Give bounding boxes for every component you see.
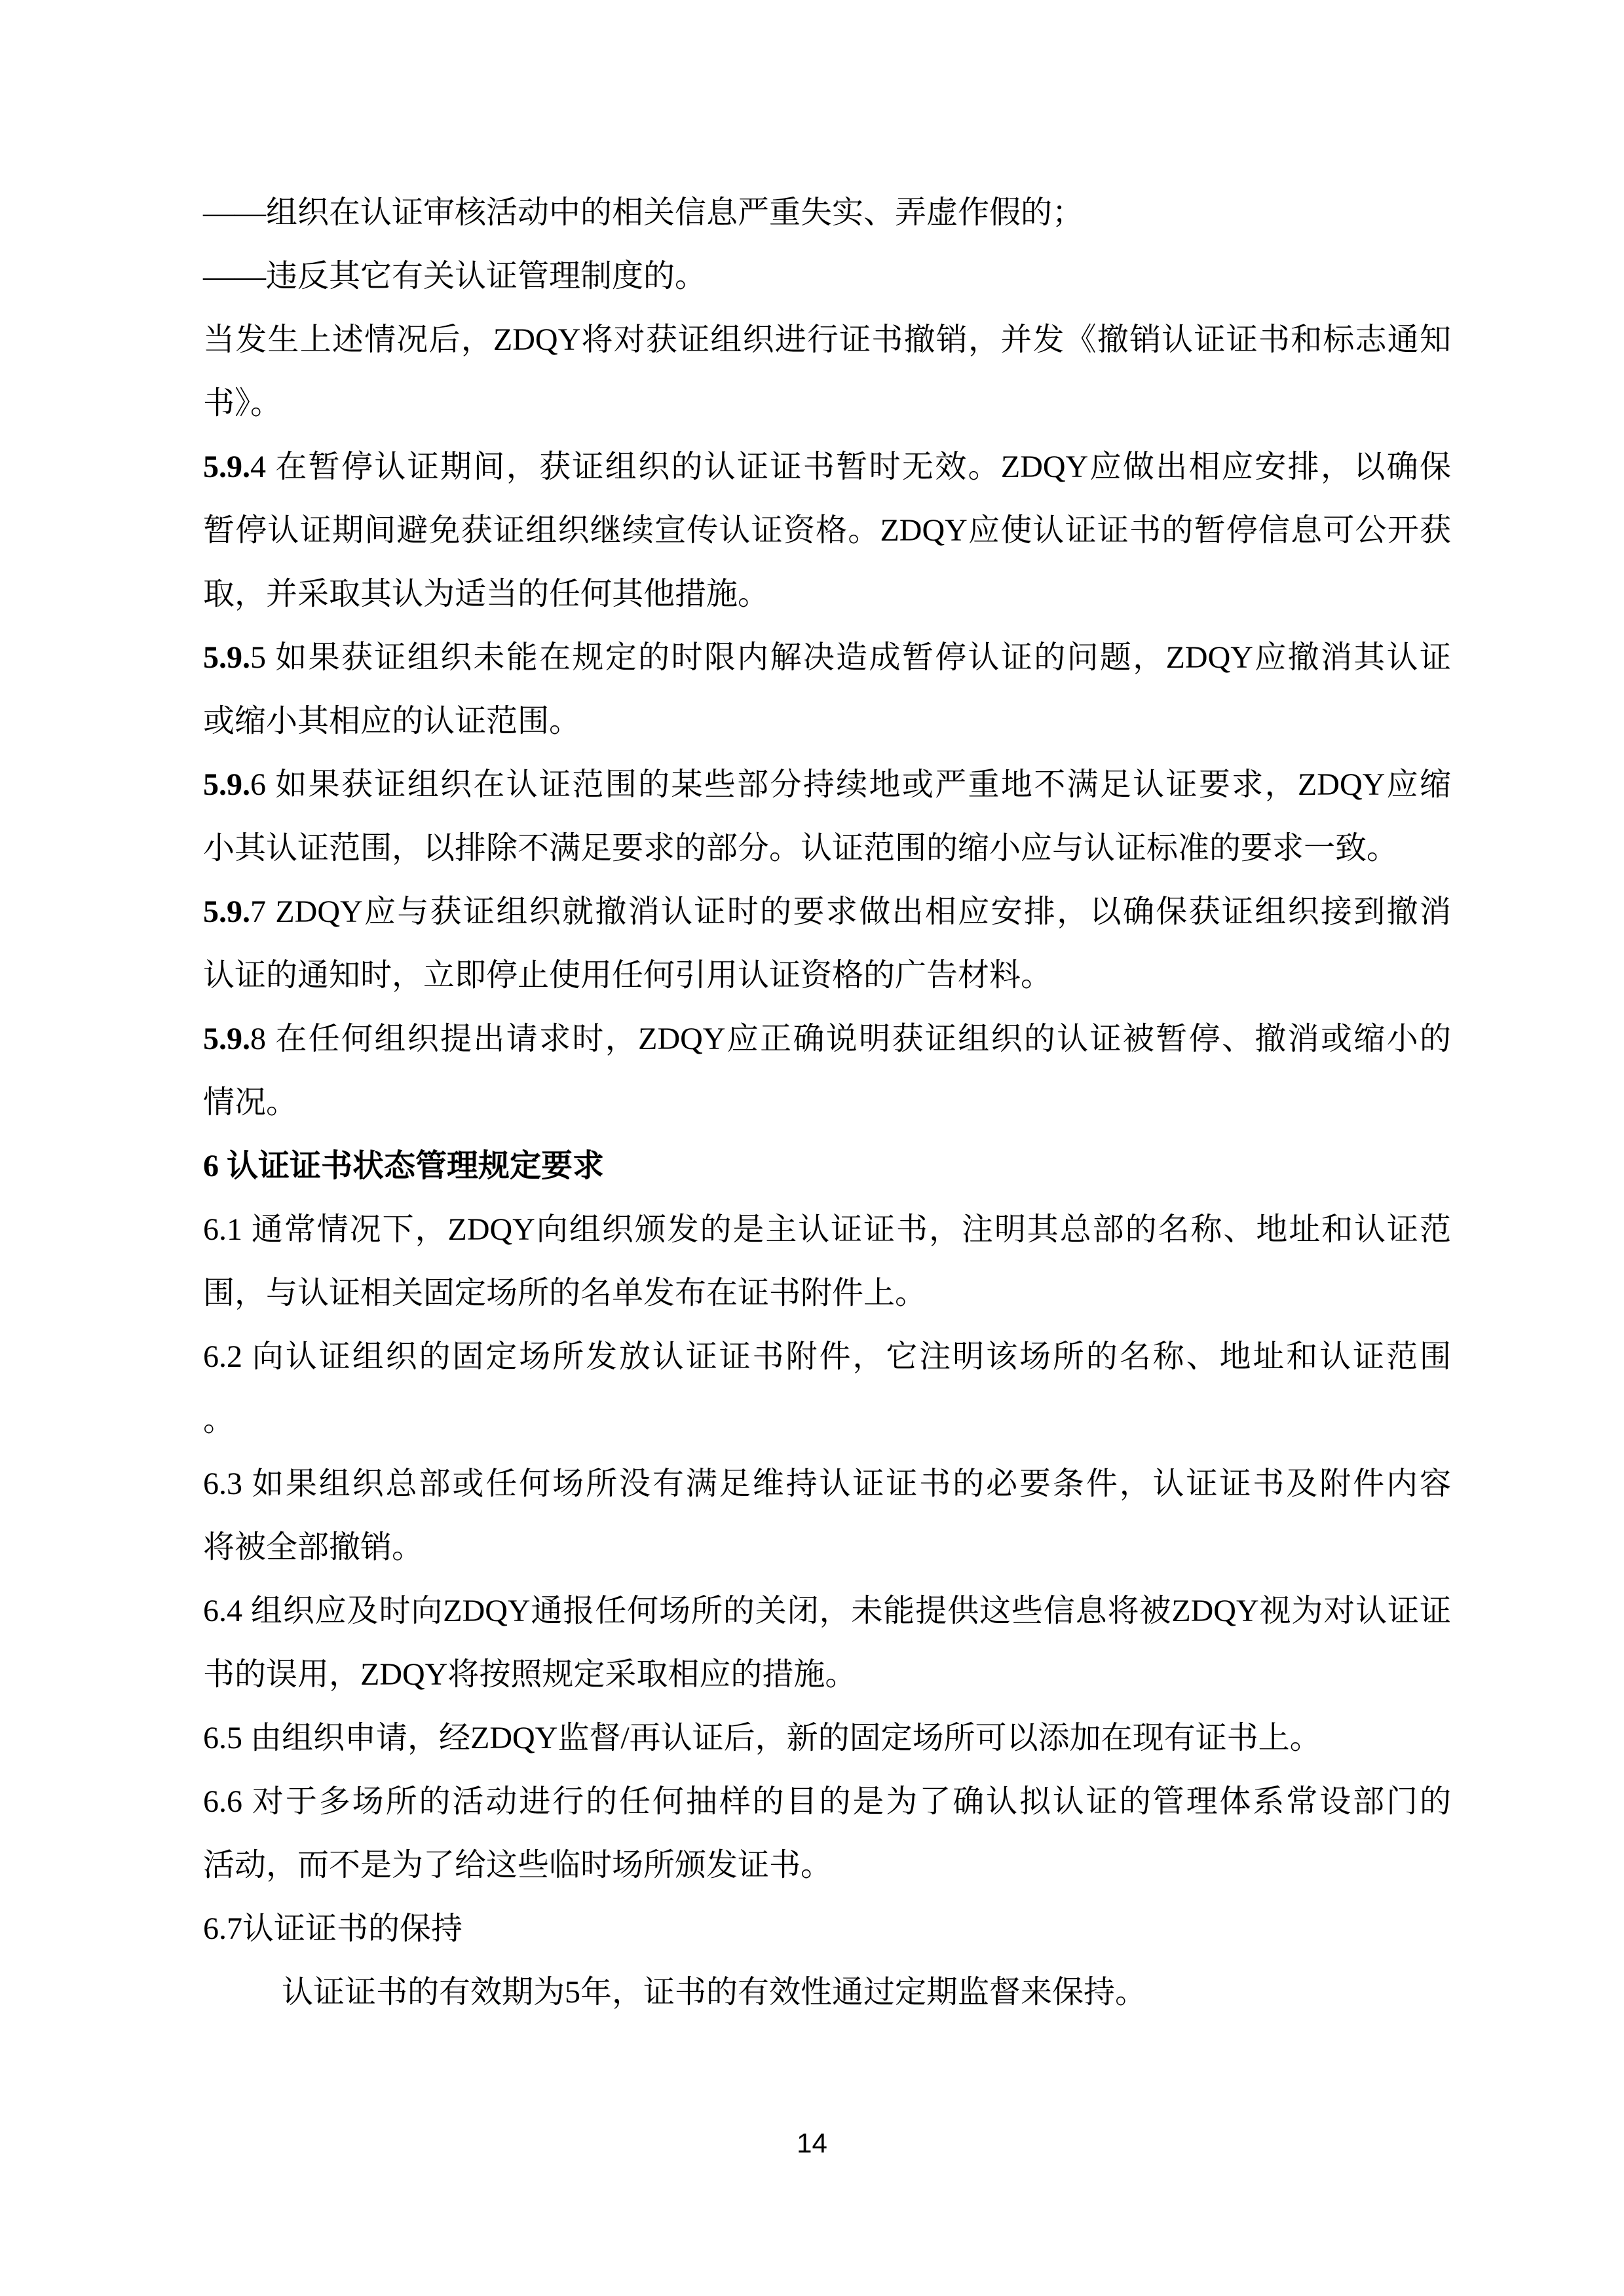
- text-line: 5.9.4 在暂停认证期间，获证组织的认证证书暂时无效。ZDQY应做出相应安排，…: [203, 435, 1451, 499]
- text-line: 书》。: [203, 372, 1451, 435]
- text-line: 。: [203, 1388, 1451, 1452]
- text-line: 将被全部撤销。: [203, 1516, 1451, 1579]
- text-line: 当发生上述情况后，ZDQY将对获证组织进行证书撤销，并发《撤销认证证书和标志通知: [203, 308, 1451, 372]
- text-line: 取，并采取其认为适当的任何其他措施。: [203, 562, 1451, 626]
- page-number: 14: [0, 2128, 1624, 2159]
- text-line: 小其认证范围，以排除不满足要求的部分。认证范围的缩小应与认证标准的要求一致。: [203, 816, 1451, 880]
- text-line: 5.9.7 ZDQY应与获证组织就撤消认证时的要求做出相应安排，以确保获证组织接…: [203, 880, 1451, 944]
- text-line: 书的误用，ZDQY将按照规定采取相应的措施。: [203, 1643, 1451, 1706]
- text-line: 活动，而不是为了给这些临时场所颁发证书。: [203, 1833, 1451, 1897]
- document-page: ——组织在认证审核活动中的相关信息严重失实、弄虚作假的；——违反其它有关认证管理…: [0, 0, 1624, 2296]
- text-line: 认证的通知时，立即停止使用任何引用认证资格的广告材料。: [203, 944, 1451, 1007]
- text-line: 围，与认证相关固定场所的名单发布在证书附件上。: [203, 1261, 1451, 1325]
- section-number-bold-prefix: 5.9.: [203, 450, 250, 484]
- text-line: 6.1 通常情况下，ZDQY向组织颁发的是主认证证书，注明其总部的名称、地址和认…: [203, 1198, 1451, 1261]
- text-line: 认证证书的有效期为5年，证书的有效性通过定期监督来保持。: [203, 1961, 1451, 2024]
- document-body: ——组织在认证审核活动中的相关信息严重失实、弄虚作假的；——违反其它有关认证管理…: [203, 181, 1451, 2024]
- text-line: ——违反其它有关认证管理制度的。: [203, 244, 1451, 308]
- text-line: 或缩小其相应的认证范围。: [203, 689, 1451, 753]
- text-line: 6.3 如果组织总部或任何场所没有满足维持认证证书的必要条件，认证证书及附件内容: [203, 1452, 1451, 1516]
- text-line: 6.4 组织应及时向ZDQY通报任何场所的关闭，未能提供这些信息将被ZDQY视为…: [203, 1579, 1451, 1643]
- section-heading: 6 认证证书状态管理规定要求: [203, 1134, 1451, 1198]
- section-number-bold-prefix: 5.9.: [203, 1022, 250, 1056]
- section-number-bold-prefix: 5.9.: [203, 640, 250, 675]
- section-number-bold-prefix: 5.9.: [203, 894, 250, 929]
- text-line: 5.9.6 如果获证组织在认证范围的某些部分持续地或严重地不满足认证要求，ZDQ…: [203, 753, 1451, 816]
- text-line: 6.7认证证书的保持: [203, 1897, 1451, 1961]
- text-line: ——组织在认证审核活动中的相关信息严重失实、弄虚作假的；: [203, 181, 1451, 244]
- text-line: 暂停认证期间避免获证组织继续宣传认证资格。ZDQY应使认证证书的暂停信息可公开获: [203, 499, 1451, 562]
- text-line: 6.2 向认证组织的固定场所发放认证证书附件，它注明该场所的名称、地址和认证范围: [203, 1325, 1451, 1388]
- text-line: 情况。: [203, 1071, 1451, 1134]
- text-line: 6.6 对于多场所的活动进行的任何抽样的目的是为了确认拟认证的管理体系常设部门的: [203, 1770, 1451, 1833]
- text-line: 5.9.8 在任何组织提出请求时，ZDQY应正确说明获证组织的认证被暂停、撤消或…: [203, 1007, 1451, 1071]
- text-line: 5.9.5 如果获证组织未能在规定的时限内解决造成暂停认证的问题，ZDQY应撤消…: [203, 626, 1451, 689]
- section-number-bold-prefix: 5.9.: [203, 767, 250, 802]
- text-line: 6.5 由组织申请，经ZDQY监督/再认证后，新的固定场所可以添加在现有证书上。: [203, 1706, 1451, 1770]
